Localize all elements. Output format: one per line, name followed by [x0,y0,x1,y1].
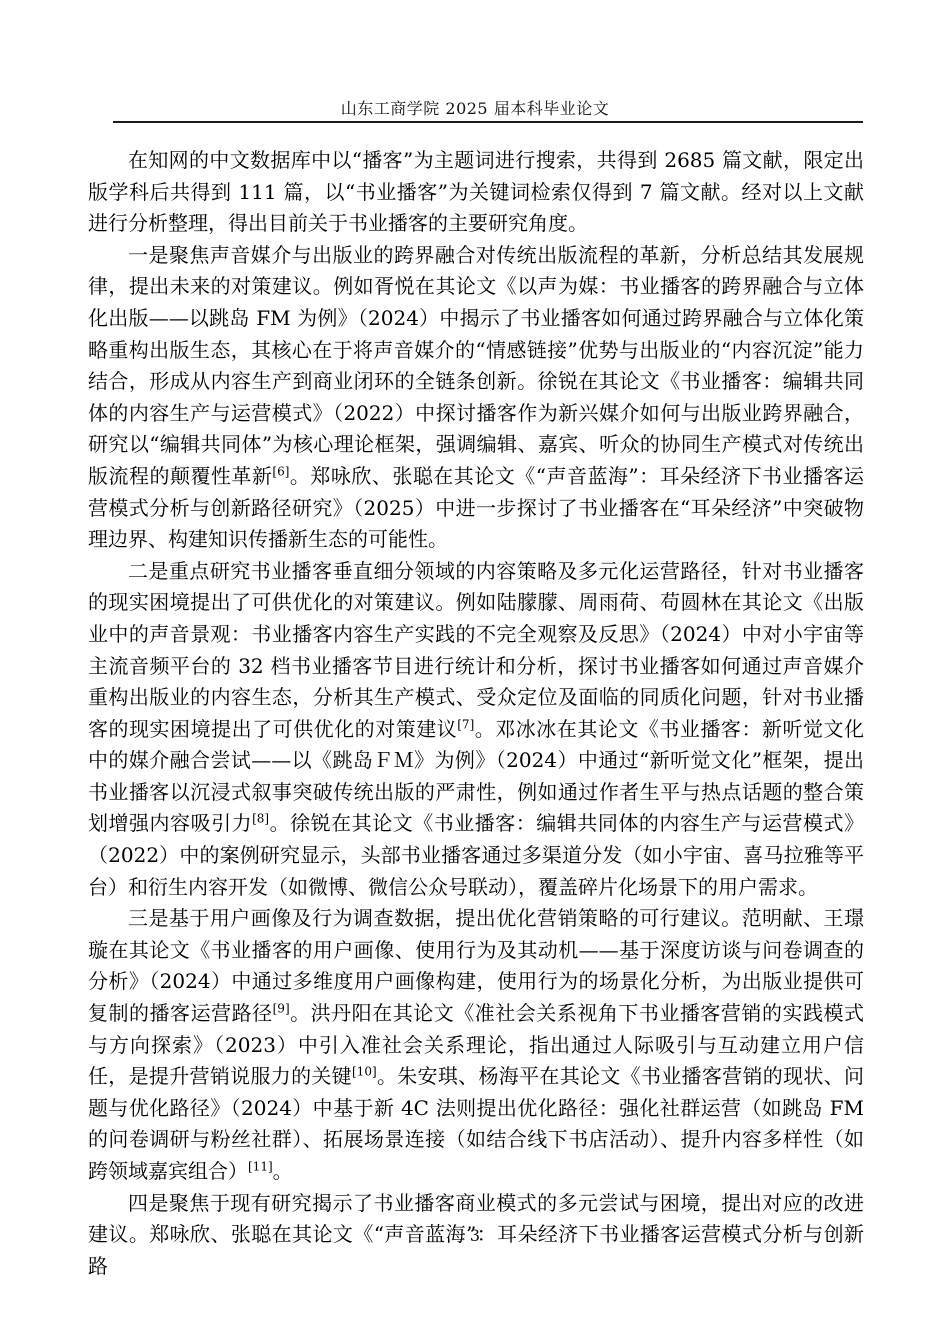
citation-superscript: [10] [352,1065,377,1079]
page-footer: 3 [0,1226,950,1245]
thesis-document-page: 山东工商学院 2025 届本科毕业论文 在知网的中文数据库中以“播客”为主题词进… [0,0,950,1344]
citation-superscript: [7] [457,717,474,731]
paragraph-research-angle-2: 二是重点研究书业播客垂直细分领域的内容策略及多元化运营路径，针对书业播客的现实困… [88,556,864,904]
citation-superscript: [6] [272,464,289,478]
paragraph-research-angle-1: 一是聚焦声音媒介与出版业的跨界融合对传统出版流程的革新，分析总结其发展规律，提出… [88,240,864,556]
text-run: 二是重点研究书业播客垂直细分领域的内容策略及多元化运营路径，针对书业播客的现实困… [88,559,864,741]
text-run: 在知网的中文数据库中以“播客”为主题词进行搜索，共得到 2685 篇文献，限定出… [88,148,864,235]
page-number: 3 [470,1226,480,1245]
running-head: 山东工商学院 2025 届本科毕业论文 [0,96,950,119]
paragraph-research-angle-3: 三是基于用户画像及行为调查数据，提出优化营销策略的可行建议。范明献、王璟璇在其论… [88,903,864,1187]
document-body: 在知网的中文数据库中以“播客”为主题词进行搜索，共得到 2685 篇文献，限定出… [88,145,864,1282]
citation-superscript: [11] [248,1159,273,1173]
citation-superscript: [8] [252,812,269,826]
text-run: 一是聚焦声音媒介与出版业的跨界融合对传统出版流程的革新，分析总结其发展规律，提出… [88,243,864,488]
paragraph-literature-search: 在知网的中文数据库中以“播客”为主题词进行搜索，共得到 2685 篇文献，限定出… [88,145,864,240]
citation-superscript: [9] [273,1001,290,1015]
text-run: 。 [273,1159,293,1183]
header-rule [113,121,863,123]
